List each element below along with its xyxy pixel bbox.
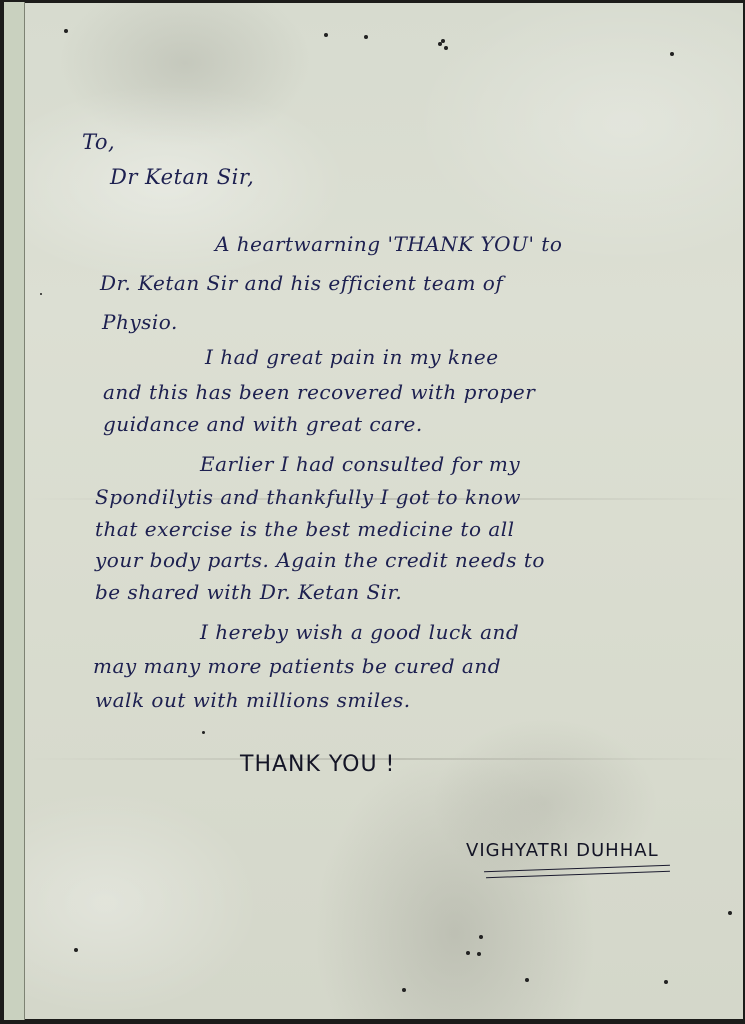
paper-speck (728, 911, 732, 915)
paper-speck (74, 948, 78, 952)
paper-speck (664, 980, 668, 984)
scan-edge-strip (4, 2, 25, 1020)
paper-speck (441, 39, 445, 43)
letter-line: walk out with millions smiles. (95, 688, 411, 712)
paper-speck (64, 29, 68, 33)
recipient-line: Dr Ketan Sir, (110, 165, 254, 189)
paper-speck (525, 978, 529, 982)
paper-speck (364, 35, 368, 39)
letter-line: Earlier I had consulted for my (200, 452, 520, 476)
letter-line: be shared with Dr. Ketan Sir. (95, 580, 402, 604)
letter-line: may many more patients be cured and (93, 654, 501, 678)
paper-speck (466, 951, 470, 955)
paper-speck (479, 935, 483, 939)
paper-speck (40, 293, 42, 295)
letter-line: I hereby wish a good luck and (200, 620, 519, 644)
letter-line: I had great pain in my knee (205, 345, 499, 369)
letter-line: Spondilytis and thankfully I got to know (95, 485, 521, 509)
letter-line: your body parts. Again the credit needs … (95, 548, 545, 572)
salutation-to: To, (82, 130, 115, 154)
letter-line: that exercise is the best medicine to al… (95, 517, 515, 541)
letter-line: A heartwarning 'THANK YOU' to (215, 232, 562, 256)
closing-thank-you: THANK YOU ! (240, 752, 395, 777)
letter-line: Dr. Ketan Sir and his efficient team of (100, 271, 503, 295)
paper-speck (444, 46, 448, 50)
paper-speck (670, 52, 674, 56)
letter-line: and this has been recovered with proper (103, 380, 535, 404)
signature: VIGHYATRI DUHHAL (466, 840, 659, 861)
paper-speck (324, 33, 328, 37)
letter-line: guidance and with great care. (103, 412, 423, 436)
paper-speck (402, 988, 406, 992)
letter-line: Physio. (102, 310, 178, 334)
scanned-letter: To, Dr Ketan Sir, A heartwarning 'THANK … (0, 0, 745, 1024)
paper-speck (202, 731, 205, 734)
paper-speck (477, 952, 481, 956)
